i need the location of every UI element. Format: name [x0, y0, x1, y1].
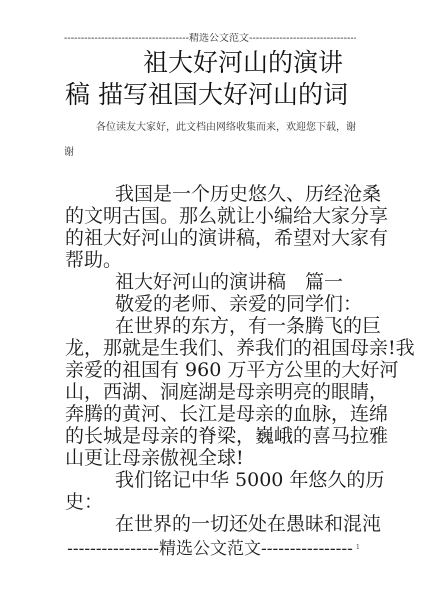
- salutation: 敬爱的老师、亲爱的同学们：: [115, 293, 362, 315]
- body-line: 我国是一个历史悠久、历经沧桑: [115, 183, 381, 205]
- body-line: 龙，那就是生我们、养我们的祖国母亲!我: [65, 337, 415, 359]
- footer-rule: ----------------精选公文范文----------------: [64, 538, 356, 560]
- body-line: 山，西湖、洞庭湖是母亲明亮的眼睛，: [65, 381, 388, 403]
- intro-note-line-2: 谢: [64, 146, 356, 160]
- page-number: 1: [356, 544, 360, 552]
- document-title-line-1: 祖大好河山的演讲: [143, 48, 423, 78]
- intro-note-line-1: 各位读友大家好，此文档由网络收集而来，欢迎您下载，谢: [96, 121, 388, 135]
- body-line: 的文明古国。那么就让小编给大家分享: [65, 205, 388, 227]
- body-line: 我们铭记中华 5000 年悠久的历: [115, 469, 384, 491]
- body-line: 在世界的东方，有一条腾飞的巨: [115, 315, 381, 337]
- document-title-line-2: 稿 描写祖国大好河山的词: [65, 80, 365, 110]
- body-line: 奔腾的黄河、长江是母亲的血脉，连绵: [65, 403, 388, 425]
- body-line: 的长城是母亲的脊梁，巍峨的喜马拉雅: [65, 425, 388, 447]
- header-rule: -------------------------------------精选公…: [64, 33, 356, 45]
- body-line: 的祖大好河山的演讲稿，希望对大家有: [65, 227, 388, 249]
- section-heading: 祖大好河山的演讲稿 篇一: [115, 271, 343, 293]
- body-line: 史：: [65, 491, 103, 513]
- body-line: 亲爱的祖国有 960 万平方公里的大好河: [65, 359, 398, 381]
- body-line: 山更让母亲傲视全球!: [65, 447, 244, 469]
- body-line: 在世界的一切还处在愚昧和混沌: [115, 513, 381, 535]
- body-line: 帮助。: [65, 249, 122, 271]
